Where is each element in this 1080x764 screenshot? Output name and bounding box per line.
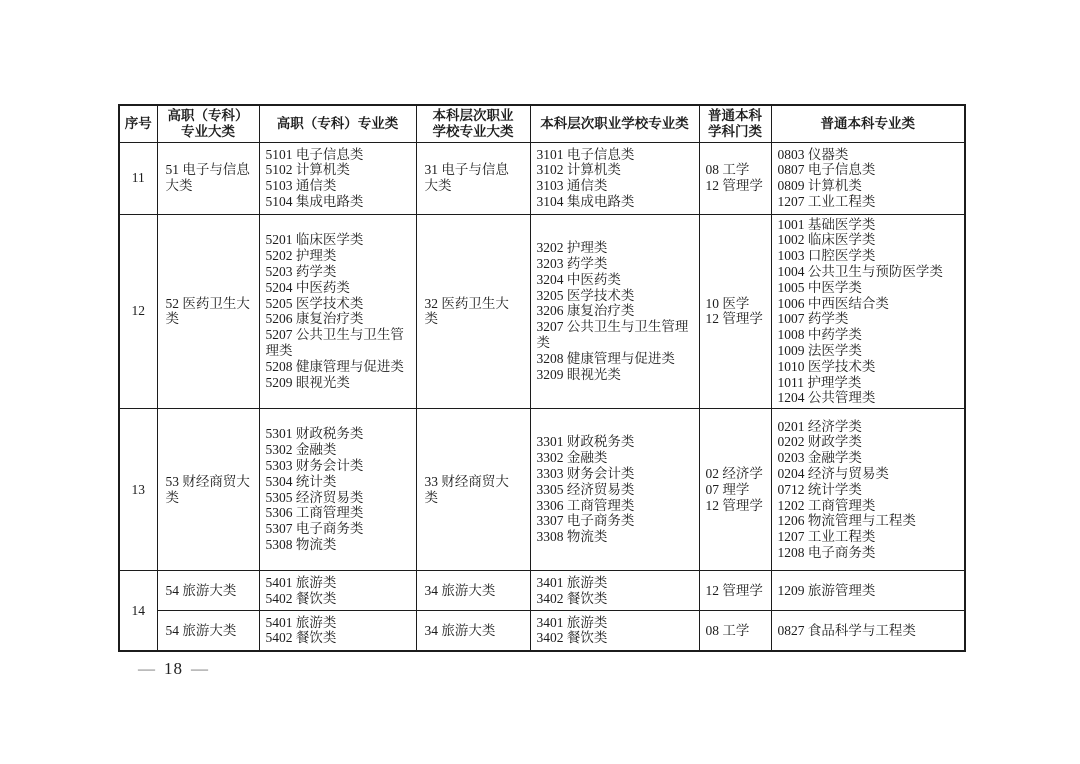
col-header-ug-voc-major-class: 本科层次职业学校专业类: [530, 105, 699, 142]
cell-hz-major-category: 51 电子与信息大类: [157, 142, 259, 214]
col-header-ug-major-class: 普通本科专业类: [771, 105, 965, 142]
cell-hz-major-category: 53 财经商贸大类: [157, 409, 259, 571]
cell-serial: 13: [119, 409, 157, 571]
cell-ug-voc-major-classes: 3401 旅游类 3402 餐饮类: [530, 611, 699, 651]
cell-ug-major-classes: 0201 经济学类 0202 财政学类 0203 金融学类 0204 经济与贸易…: [771, 409, 965, 571]
cell-hz-major-classes: 5301 财政税务类 5302 金融类 5303 财务会计类 5304 统计类 …: [259, 409, 416, 571]
cell-ug-discipline-categories: 08 工学 12 管理学: [699, 142, 771, 214]
cell-serial: 14: [119, 571, 157, 651]
classification-table: 序号 高职（专科） 专业大类 高职（专科）专业类 本科层次职业 学校专业大类 本…: [118, 104, 966, 652]
cell-ug-major-classes: 1001 基础医学类 1002 临床医学类 1003 口腔医学类 1004 公共…: [771, 214, 965, 409]
cell-ug-major-classes: 0803 仪器类 0807 电子信息类 0809 计算机类 1207 工业工程类: [771, 142, 965, 214]
cell-hz-major-classes: 5201 临床医学类 5202 护理类 5203 药学类 5204 中医药类 5…: [259, 214, 416, 409]
cell-serial: 12: [119, 214, 157, 409]
col-header-ug-discipline-category: 普通本科 学科门类: [699, 105, 771, 142]
cell-hz-major-classes: 5101 电子信息类 5102 计算机类 5103 通信类 5104 集成电路类: [259, 142, 416, 214]
cell-hz-major-category: 52 医药卫生大类: [157, 214, 259, 409]
cell-ug-voc-major-category: 32 医药卫生大类: [416, 214, 530, 409]
cell-ug-voc-major-classes: 3301 财政税务类 3302 金融类 3303 财务会计类 3305 经济贸易…: [530, 409, 699, 571]
cell-ug-voc-major-classes: 3101 电子信息类 3102 计算机类 3103 通信类 3104 集成电路类: [530, 142, 699, 214]
cell-hz-major-classes: 5401 旅游类 5402 餐饮类: [259, 611, 416, 651]
cell-hz-major-category: 54 旅游大类: [157, 571, 259, 611]
cell-hz-major-category: 54 旅游大类: [157, 611, 259, 651]
cell-ug-voc-major-category: 34 旅游大类: [416, 571, 530, 611]
footer-right-dash: —: [191, 659, 209, 678]
table-row-12: 12 52 医药卫生大类 5201 临床医学类 5202 护理类 5203 药学…: [119, 214, 965, 409]
cell-ug-discipline-categories: 10 医学 12 管理学: [699, 214, 771, 409]
page-number: —18—: [138, 659, 209, 679]
cell-ug-voc-major-classes: 3202 护理类 3203 药学类 3204 中医药类 3205 医学技术类 3…: [530, 214, 699, 409]
cell-ug-voc-major-category: 33 财经商贸大类: [416, 409, 530, 571]
cell-ug-major-classes: 0827 食品科学与工程类: [771, 611, 965, 651]
footer-page-number: 18: [156, 659, 191, 678]
cell-ug-major-classes: 1209 旅游管理类: [771, 571, 965, 611]
col-header-serial: 序号: [119, 105, 157, 142]
cell-ug-discipline-categories: 08 工学: [699, 611, 771, 651]
col-header-hz-major-category: 高职（专科） 专业大类: [157, 105, 259, 142]
cell-ug-voc-major-category: 31 电子与信息大类: [416, 142, 530, 214]
cell-ug-voc-major-category: 34 旅游大类: [416, 611, 530, 651]
table-row-11: 11 51 电子与信息大类 5101 电子信息类 5102 计算机类 5103 …: [119, 142, 965, 214]
cell-hz-major-classes: 5401 旅游类 5402 餐饮类: [259, 571, 416, 611]
header-row: 序号 高职（专科） 专业大类 高职（专科）专业类 本科层次职业 学校专业大类 本…: [119, 105, 965, 142]
footer-left-dash: —: [138, 659, 156, 678]
col-header-ug-voc-major-category: 本科层次职业 学校专业大类: [416, 105, 530, 142]
table-row-14b: 54 旅游大类 5401 旅游类 5402 餐饮类 34 旅游大类 3401 旅…: [119, 611, 965, 651]
table-row-13: 13 53 财经商贸大类 5301 财政税务类 5302 金融类 5303 财务…: [119, 409, 965, 571]
table-row-14a: 14 54 旅游大类 5401 旅游类 5402 餐饮类 34 旅游大类 340…: [119, 571, 965, 611]
cell-ug-discipline-categories: 02 经济学 07 理学 12 管理学: [699, 409, 771, 571]
col-header-hz-major-class: 高职（专科）专业类: [259, 105, 416, 142]
cell-serial: 11: [119, 142, 157, 214]
cell-ug-voc-major-classes: 3401 旅游类 3402 餐饮类: [530, 571, 699, 611]
cell-ug-discipline-categories: 12 管理学: [699, 571, 771, 611]
